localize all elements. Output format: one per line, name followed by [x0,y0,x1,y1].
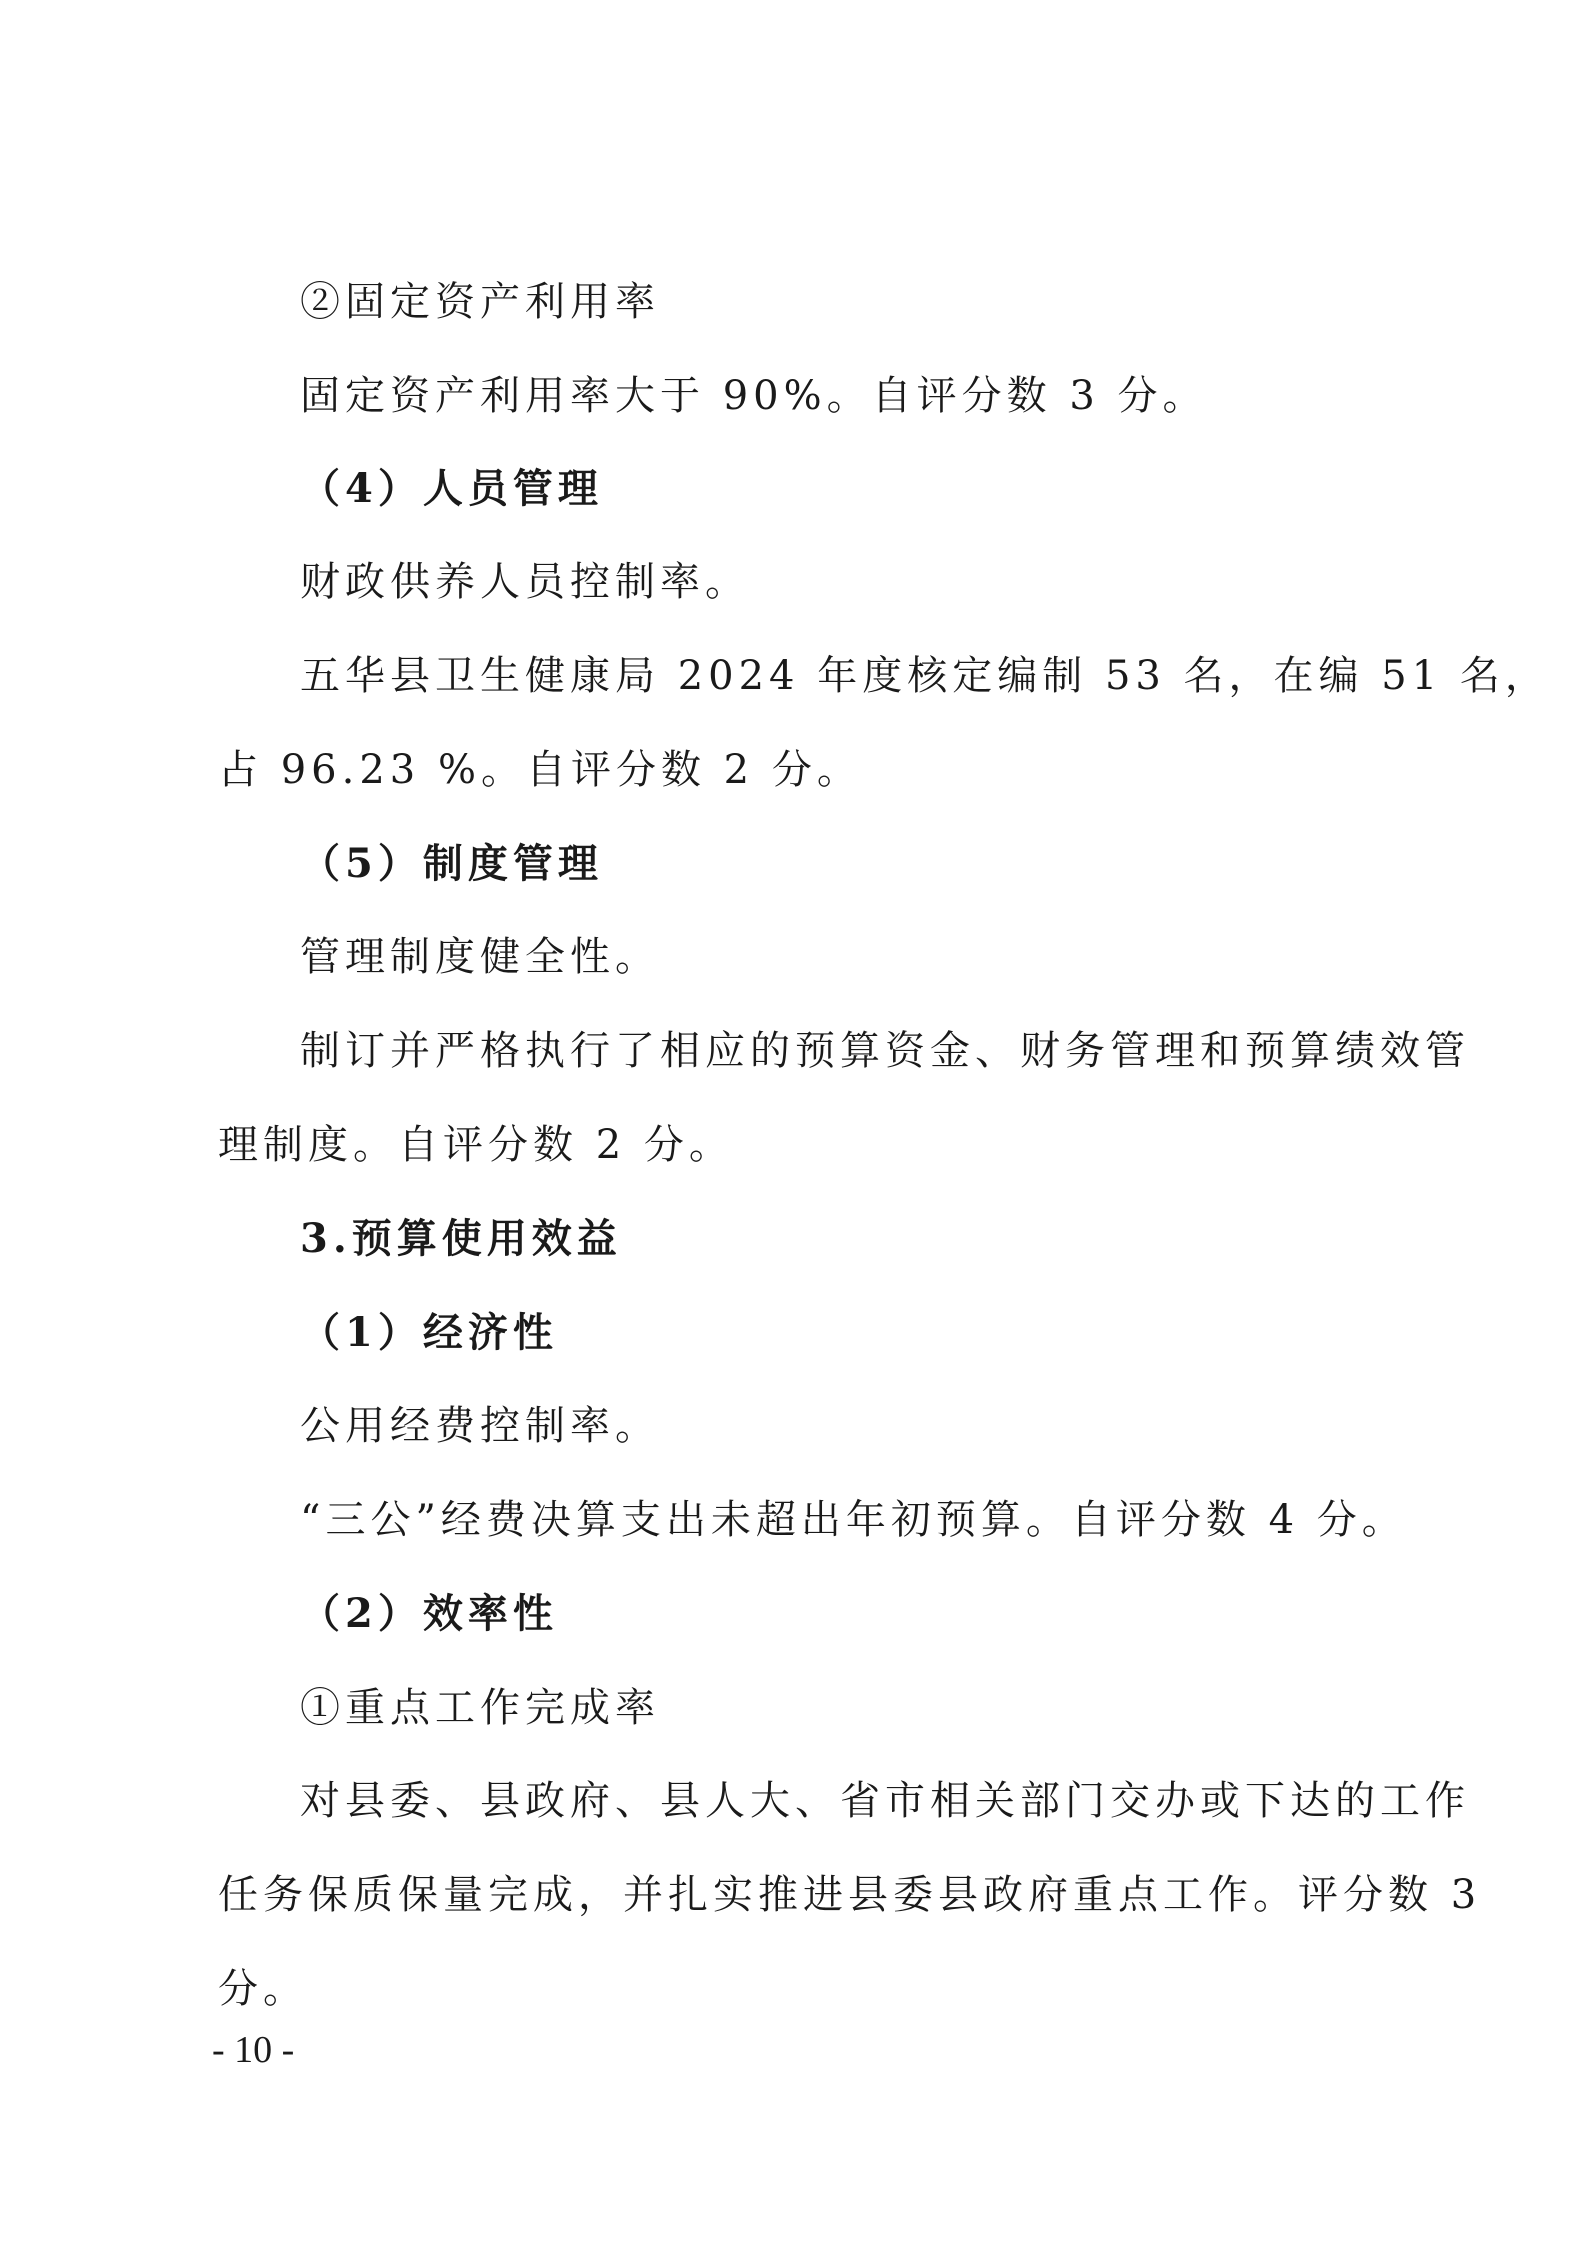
paragraph-system-line-1: 制订并严格执行了相应的预算资金、财务管理和预算绩效管 [300,1027,1470,1075]
paragraph-staffing-line-1: 五华县卫生健康局 2024 年度核定编制 53 名，在编 51 名， [300,652,1550,700]
subheading-public-expense-control: 公用经费控制率。 [300,1402,660,1450]
paragraph-fixed-asset-score: 固定资产利用率大于 90%。自评分数 3 分。 [300,372,1208,420]
heading-economy: （1）经济性 [300,1309,558,1357]
subheading-staffing-control-rate: 财政供养人员控制率。 [300,558,750,606]
paragraph-staffing-line-2: 占 96.23 %。自评分数 2 分。 [218,746,862,794]
paragraph-key-work-line-1: 对县委、县政府、县人大、省市相关部门交办或下达的工作 [300,1777,1470,1825]
heading-efficiency: （2）效率性 [300,1590,558,1638]
page-number: - 10 - [212,2028,294,2072]
paragraph-key-work-line-3: 分。 [218,1965,308,2013]
paragraph-key-work-line-2: 任务保质保量完成，并扎实推进县委县政府重点工作。评分数 3 [218,1871,1481,1919]
subheading-key-work-completion: ①重点工作完成率 [300,1684,660,1732]
heading-personnel-management: （4）人员管理 [300,465,603,513]
subheading-fixed-asset-utilization: ②固定资产利用率 [300,278,660,326]
subheading-system-completeness: 管理制度健全性。 [300,933,660,981]
heading-system-management: （5）制度管理 [300,840,603,888]
document-page: ②固定资产利用率 固定资产利用率大于 90%。自评分数 3 分。 （4）人员管理… [0,0,1587,2245]
heading-budget-usage-benefit: 3.预算使用效益 [300,1215,622,1263]
paragraph-three-public-expenses: “三公”经费决算支出未超出年初预算。自评分数 4 分。 [300,1496,1407,1544]
paragraph-system-line-2: 理制度。自评分数 2 分。 [218,1121,734,1169]
